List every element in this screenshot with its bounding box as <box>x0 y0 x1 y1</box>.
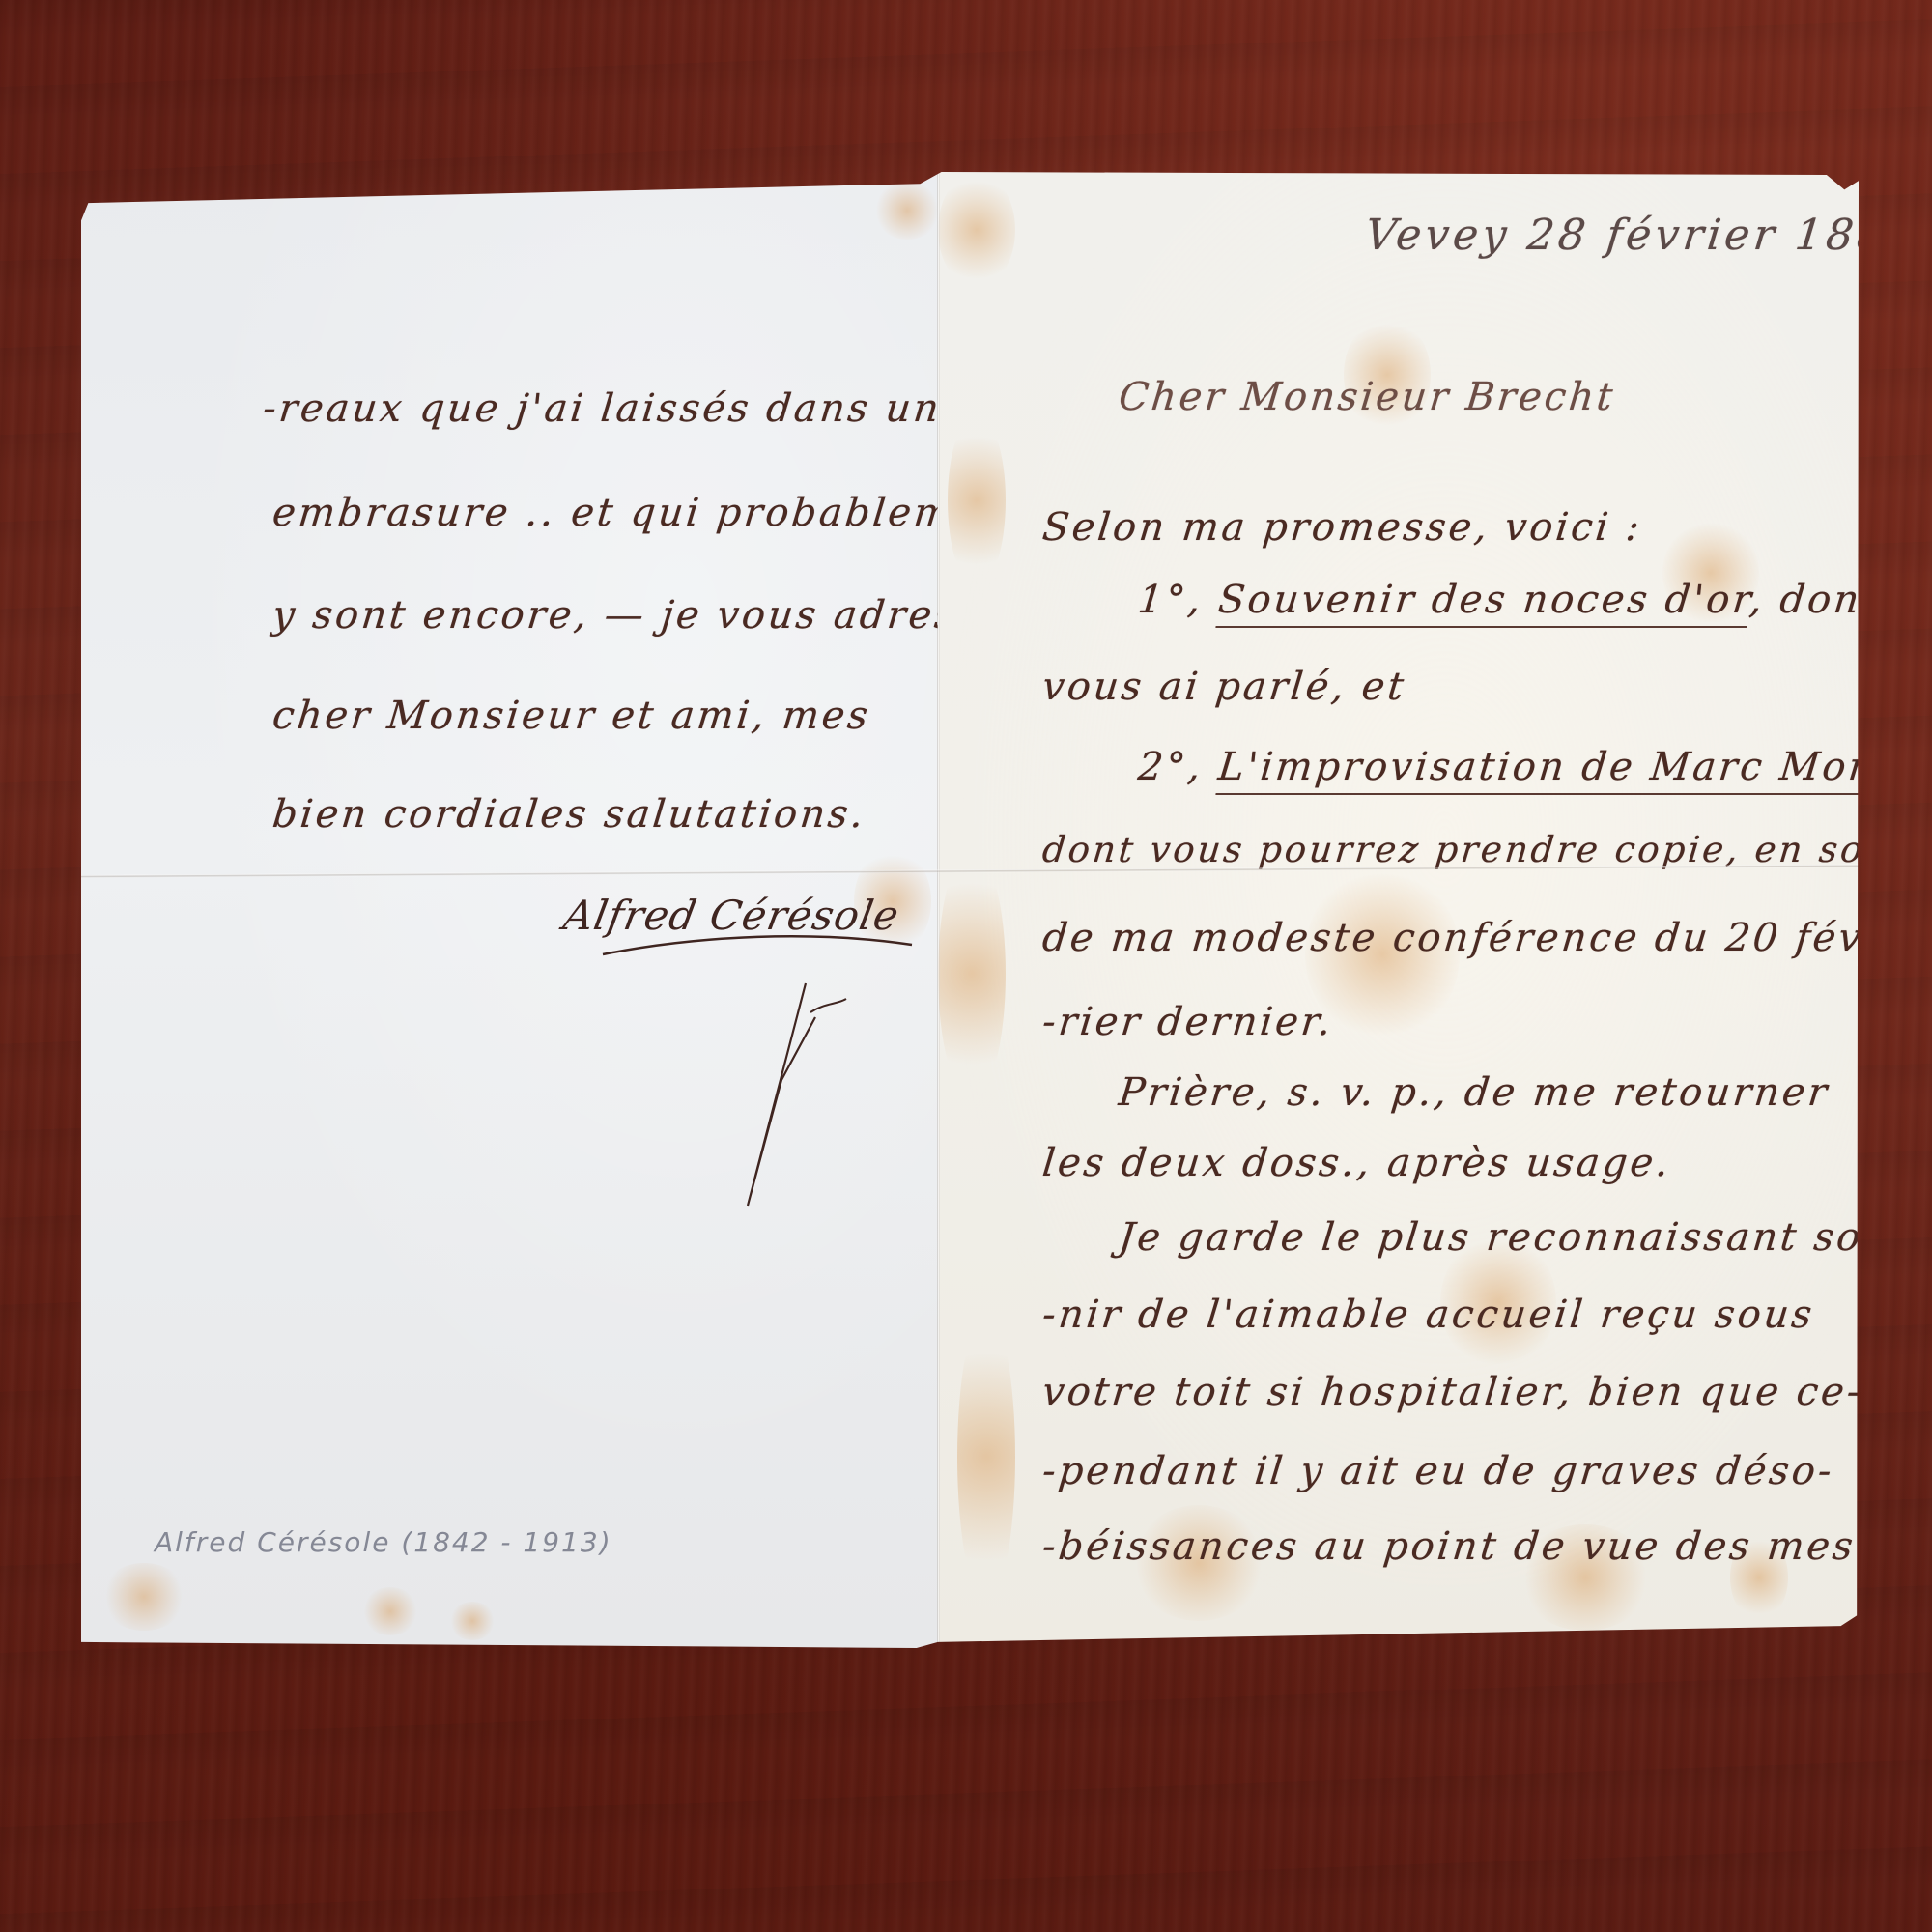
signature-flourish-icon <box>583 925 931 1235</box>
letter-line: -rier dernier. <box>1040 1000 1336 1044</box>
underlined-title: L'improvisation de Marc Monnier <box>1215 745 1859 795</box>
letter-line: bien cordiales salutations. <box>270 792 868 837</box>
letter-page-left: -reaux que j'ai laissés dans une embrasu… <box>81 172 938 1648</box>
letter-line: embrasure .. et qui probablement <box>270 491 938 535</box>
letter-fragment: , dont je <box>1747 578 1859 622</box>
letter-line: votre toit si hospitalier, bien que ce- <box>1040 1370 1859 1414</box>
center-fold-line <box>937 172 940 1648</box>
letter-line: cher Monsieur et ami, mes <box>270 694 872 738</box>
foxing-stain <box>938 172 1015 288</box>
letter-sheet: -reaux que j'ai laissés dans une embrasu… <box>81 172 1859 1648</box>
salutation: Cher Monsieur Brecht <box>1117 375 1618 419</box>
signature: Alfred Cérésole <box>560 892 903 939</box>
place-date: Vevey 28 février 1886 <box>1363 211 1859 260</box>
letter-line: vous ai parlé, et <box>1040 665 1408 709</box>
foxing-stain <box>938 848 1006 1099</box>
list-number: 2°, <box>1136 745 1221 789</box>
letter-line: 2°, L'improvisation de Marc Monnier, <box>1136 745 1859 789</box>
letter-line: -nir de l'aimable accueil reçu sous <box>1040 1293 1817 1337</box>
letter-line: y sont encore, — je vous adresse, <box>270 593 938 638</box>
foxing-stain <box>100 1563 187 1631</box>
letter-line: 1°, Souvenir des noces d'or, dont je <box>1136 578 1859 622</box>
letter-page-right: Vevey 28 février 1886 Cher Monsieur Brec… <box>938 172 1859 1648</box>
letter-line: Prière, s. v. p., de me retourner <box>1117 1070 1832 1115</box>
foxing-stain <box>448 1602 497 1640</box>
letter-line: Selon ma promesse, voici : <box>1040 505 1644 550</box>
underlined-title: Souvenir des noces d'or <box>1215 578 1751 628</box>
foxing-stain <box>361 1587 419 1635</box>
letter-line: -pendant il y ait eu de graves déso- <box>1040 1449 1836 1493</box>
letter-line: -reaux que j'ai laissés dans une <box>261 386 938 431</box>
pencil-annotation: Alfred Cérésole (1842 - 1913) <box>155 1526 612 1558</box>
letter-line: Je garde le plus reconnaissant souve- <box>1117 1215 1859 1260</box>
foxing-stain <box>873 182 938 240</box>
foxing-stain <box>948 413 1006 587</box>
list-number: 1°, <box>1136 578 1221 622</box>
letter-line: les deux doss., après usage. <box>1040 1141 1673 1185</box>
foxing-stain <box>957 1312 1015 1602</box>
letter-line: de ma modeste conférence du 20 fév- <box>1040 916 1859 960</box>
letter-line: -béissances au point de vue des mesu <box>1040 1524 1859 1569</box>
